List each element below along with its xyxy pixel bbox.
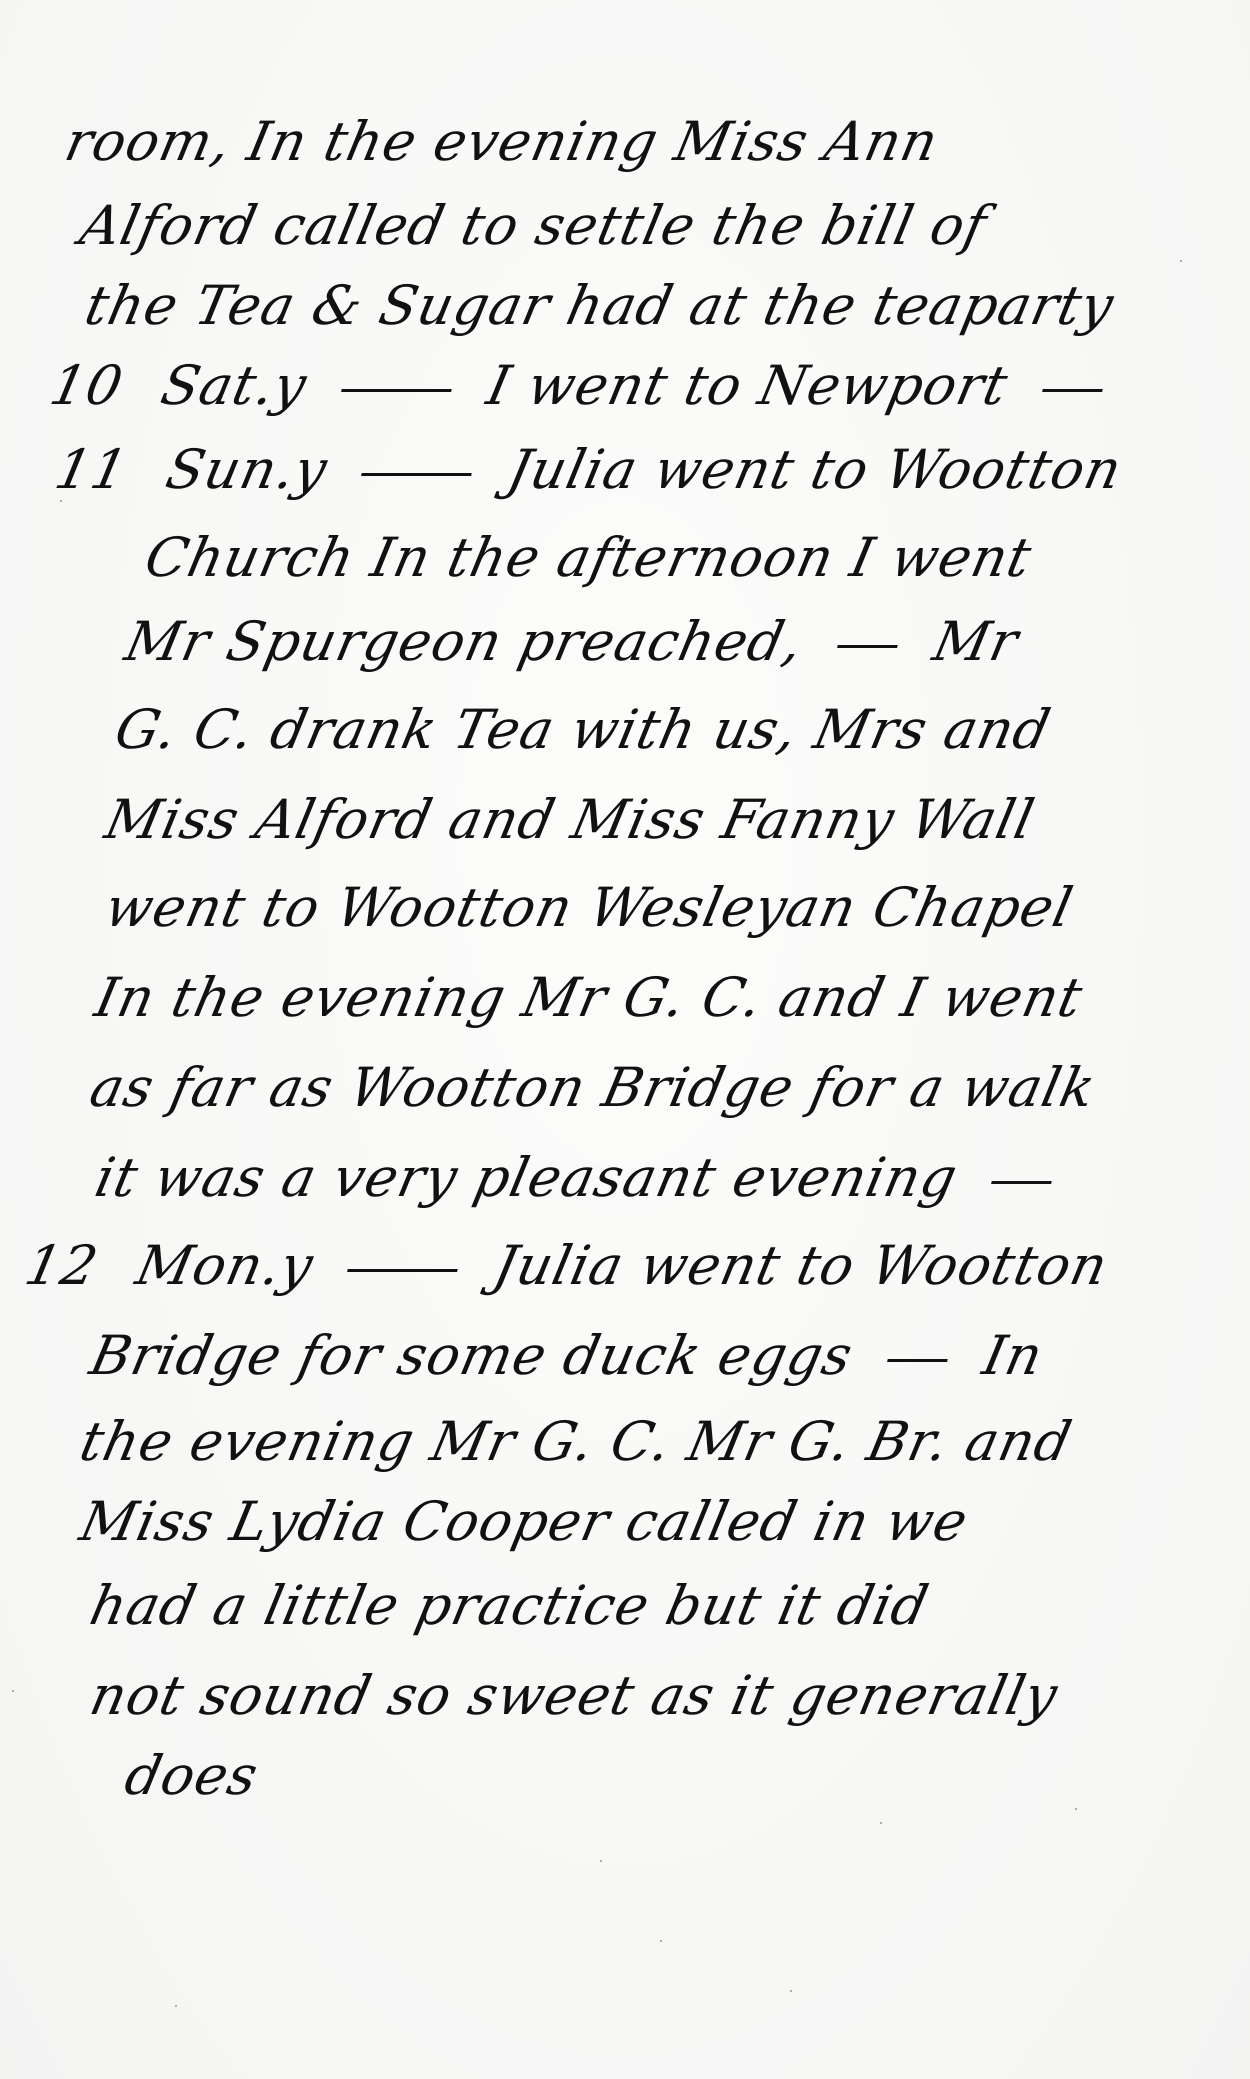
line-text: as far as Wootton Bridge for a walk: [85, 1056, 1102, 1119]
paper-speck: [660, 1940, 662, 1942]
dash-separator: [887, 1359, 948, 1362]
paper-speck: [790, 1990, 792, 1992]
diary-line: Miss Alford and Miss Fanny Wall: [100, 790, 1040, 850]
line-text: Bridge for some duck eggs: [85, 1324, 859, 1387]
line-text: Church In the afternoon I went: [140, 526, 1038, 589]
diary-line: In the evening Mr G. C. and I went: [90, 968, 1088, 1028]
diary-line: the evening Mr G. C. Mr G. Br. and: [75, 1412, 1077, 1472]
diary-line: Bridge for some duck eggs In: [85, 1326, 1049, 1386]
diary-line: the Tea & Sugar had at the teaparty: [80, 276, 1119, 336]
paper-speck: [880, 1822, 882, 1824]
line-text: had a little practice but it did: [85, 1574, 935, 1637]
diary-line: Mr Spurgeon preached, Mr: [120, 612, 1024, 672]
diary-line: room, In the evening Miss Ann: [60, 112, 944, 172]
line-text: I went to Newport: [482, 354, 1014, 417]
line-text: In: [977, 1324, 1049, 1387]
day-number: 10: [45, 356, 128, 416]
day-number: 11: [50, 440, 133, 500]
diary-line: Alford called to settle the bill of: [75, 196, 992, 256]
line-text: Mr Spurgeon preached,: [120, 610, 809, 673]
line-text: went to Wootton Wesleyan Chapel: [100, 876, 1079, 939]
weekday: Sun.y: [161, 438, 334, 501]
line-text: Julia went to Wootton: [502, 438, 1127, 501]
dash-separator: [341, 389, 452, 392]
paper-speck: [1075, 1808, 1077, 1810]
dash-separator: [837, 645, 898, 648]
day-number: 12: [20, 1236, 103, 1296]
weekday: Sat.y: [156, 354, 313, 417]
line-text: Julia went to Wootton: [488, 1234, 1113, 1297]
diary-line: went to Wootton Wesleyan Chapel: [100, 878, 1078, 938]
paper-speck: [175, 2005, 177, 2007]
diary-line: G. C. drank Tea with us, Mrs and: [110, 700, 1056, 760]
diary-line: not sound so sweet as it generally: [85, 1666, 1063, 1726]
dash-separator: [348, 1269, 459, 1272]
diary-page: room, In the evening Miss Ann Alford cal…: [0, 0, 1250, 2079]
line-text: it was a very pleasant evening: [90, 1146, 963, 1209]
line-text: In the evening Mr G. C. and I went: [90, 966, 1089, 1029]
line-text: G. C. drank Tea with us, Mrs and: [110, 698, 1057, 761]
diary-line: it was a very pleasant evening: [90, 1148, 1077, 1208]
diary-line: Miss Lydia Cooper called in we: [75, 1492, 973, 1552]
paper-speck: [600, 1860, 602, 1862]
line-text: Mr: [928, 610, 1025, 673]
diary-line: had a little practice but it did: [85, 1576, 934, 1636]
weekday: Mon.y: [131, 1234, 320, 1297]
diary-line: as far as Wootton Bridge for a walk: [85, 1058, 1101, 1118]
line-text: room, In the evening Miss Ann: [60, 110, 944, 173]
line-text: the Tea & Sugar had at the teaparty: [80, 274, 1120, 337]
line-text: Miss Lydia Cooper called in we: [75, 1490, 974, 1553]
diary-entry-12: 12 Mon.y Julia went to Wootton: [20, 1236, 1113, 1296]
line-text: the evening Mr G. C. Mr G. Br. and: [75, 1410, 1078, 1473]
paper-speck: [1180, 260, 1182, 262]
line-text: not sound so sweet as it generally: [85, 1664, 1064, 1727]
diary-entry-11: 11 Sun.y Julia went to Wootton: [50, 440, 1127, 500]
diary-entry-10: 10 Sat.y I went to Newport: [45, 356, 1127, 416]
dash-separator: [1042, 389, 1103, 392]
dash-separator: [991, 1181, 1052, 1184]
line-text: Alford called to settle the bill of: [75, 194, 993, 257]
diary-line: Church In the afternoon I went: [140, 528, 1037, 588]
line-text: Miss Alford and Miss Fanny Wall: [100, 788, 1040, 851]
paper-speck: [12, 1690, 14, 1692]
diary-line: does: [120, 1746, 264, 1806]
line-text: does: [120, 1744, 264, 1807]
dash-separator: [362, 473, 473, 476]
